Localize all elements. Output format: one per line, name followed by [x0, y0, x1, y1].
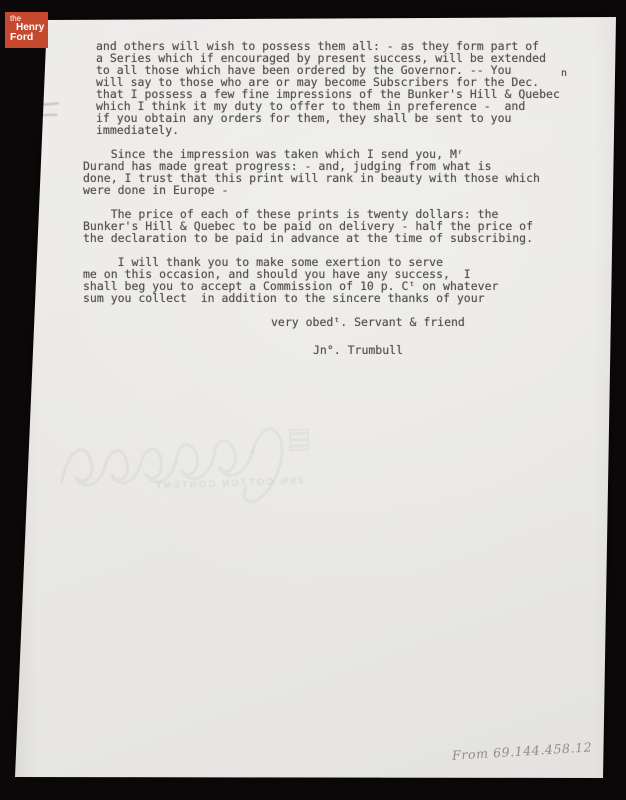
paper-watermark: 25% COTTON CONTENT — [53, 410, 356, 520]
typed-line: sum you collect in addition to the since… — [83, 292, 593, 304]
typed-letter-text: and others will wish to possess them all… — [83, 40, 593, 356]
pencil-smudge — [37, 114, 57, 117]
watermark-caption: 25% COTTON CONTENT — [108, 476, 304, 494]
letter-page-wrapper: 25% COTTON CONTENT and others will wish … — [14, 16, 617, 779]
letter-paragraph-2: Since the impression was taken which I s… — [83, 148, 593, 196]
scanned-document-view: the Henry Ford 25% COTTON CONTENT — [0, 0, 626, 800]
letter-signature: Jn°. Trumbull — [313, 344, 593, 356]
accession-number-annotation: From 69.144.458.12 — [452, 738, 613, 763]
letter-page: 25% COTTON CONTENT and others will wish … — [14, 16, 617, 779]
henry-ford-logo: the Henry Ford — [5, 12, 48, 48]
typed-line: immediately. — [96, 124, 593, 136]
logo-text-ford: Ford — [10, 32, 48, 42]
letter-paragraph-3: The price of each of these prints is twe… — [83, 208, 593, 244]
typed-line: were done in Europe - — [83, 184, 593, 196]
superscript-n-annotation: n — [561, 68, 567, 80]
watermark-script-flourish — [53, 410, 356, 520]
letter-closing: very obedᵗ. Servant & friend — [271, 316, 593, 328]
letter-paragraph-1: and others will wish to possess them all… — [96, 40, 593, 136]
pencil-smudge — [42, 102, 59, 105]
typed-line: the declaration to be paid in advance at… — [83, 232, 593, 244]
letter-paragraph-4: I will thank you to make some exertion t… — [83, 256, 593, 304]
